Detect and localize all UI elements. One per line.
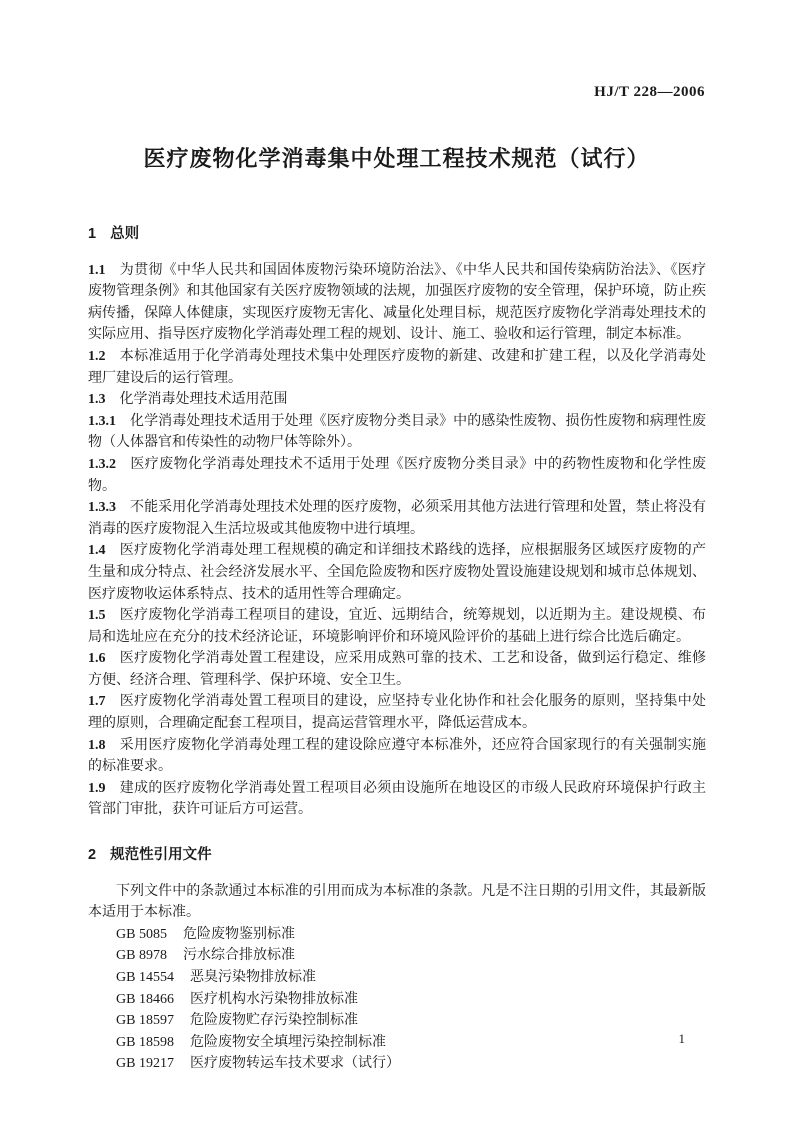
clause-number: 1.3.3: [88, 500, 116, 515]
reference-code: GB 5085: [116, 927, 167, 942]
reference-code: GB 19217: [116, 1056, 174, 1071]
section-heading: 1总则: [88, 224, 706, 246]
clause-1.2: 1.2本标准适用于化学消毒处理技术集中处理医疗废物的新建、改建和扩建工程，以及化…: [88, 346, 706, 389]
clause-text: 建成的医疗废物化学消毒处置工程项目必须由设施所在地设区的市级人民政府环境保护行政…: [88, 781, 706, 818]
clause-number: 1.9: [88, 781, 106, 796]
clause-number: 1.3: [88, 392, 106, 407]
clause-number: 1.1: [88, 263, 106, 278]
clause-text: 医疗废物化学消毒处置工程建设，应采用成熟可靠的技术、工艺和设备，做到运行稳定、维…: [88, 651, 706, 688]
reference-item: GB 18466医疗机构水污染物排放标准: [116, 989, 706, 1011]
reference-item: GB 18598危险废物安全填埋污染控制标准: [116, 1032, 706, 1054]
reference-title: 危险废物贮存污染控制标准: [190, 1013, 358, 1028]
reference-item: GB 8978污水综合排放标准: [116, 945, 706, 967]
section-title: 总则: [110, 226, 139, 242]
clause-text: 化学消毒处理技术适用范围: [120, 392, 288, 407]
page-number: 1: [679, 1031, 686, 1047]
clause-number: 1.7: [88, 694, 106, 709]
clause-1.1: 1.1为贯彻《中华人民共和国固体废物污染环境防治法》、《中华人民共和国传染病防治…: [88, 260, 706, 346]
clause-1.9: 1.9建成的医疗废物化学消毒处置工程项目必须由设施所在地设区的市级人民政府环境保…: [88, 778, 706, 821]
clause-text: 医疗废物化学消毒处理技术不适用于处理《医疗废物分类目录》中的药物性废物和化学性废…: [88, 457, 706, 494]
section-number: 2: [88, 847, 96, 863]
clause-1.3.3: 1.3.3不能采用化学消毒处理技术处理的医疗废物，必须采用其他方法进行管理和处置…: [88, 497, 706, 540]
clause-1.3: 1.3化学消毒处理技术适用范围: [88, 389, 706, 411]
reference-title: 污水综合排放标准: [183, 948, 295, 963]
clause-text: 医疗废物化学消毒工程项目的建设，宜近、远期结合，统筹规划，以近期为主。建设规模、…: [88, 608, 706, 645]
reference-title: 危险废物安全填埋污染控制标准: [190, 1035, 386, 1050]
clause-text: 医疗废物化学消毒处置工程项目的建设，应坚持专业化协作和社会化服务的原则，坚持集中…: [88, 694, 706, 731]
reference-item: GB 5085危险废物鉴别标准: [116, 924, 706, 946]
clause-number: 1.4: [88, 543, 106, 558]
clause-number: 1.2: [88, 349, 106, 364]
clause-text: 不能采用化学消毒处理技术处理的医疗废物，必须采用其他方法进行管理和处置，禁止将没…: [88, 500, 706, 537]
reference-title: 医疗机构水污染物排放标准: [190, 992, 358, 1007]
clause-text: 采用医疗废物化学消毒处理工程的建设除应遵守本标准外，还应符合国家现行的有关强制实…: [88, 738, 706, 775]
reference-code: GB 18597: [116, 1013, 174, 1028]
doc-code: HJ/T 228—2006: [594, 84, 705, 101]
clause-1.3.2: 1.3.2医疗废物化学消毒处理技术不适用于处理《医疗废物分类目录》中的药物性废物…: [88, 454, 706, 497]
reference-item: GB 18597危险废物贮存污染控制标准: [116, 1010, 706, 1032]
reference-title: 危险废物鉴别标准: [183, 927, 295, 942]
reference-code: GB 8978: [116, 948, 167, 963]
reference-title: 医疗废物转运车技术要求（试行）: [190, 1056, 400, 1071]
clause-number: 1.3.2: [88, 457, 116, 472]
document-body: 1总则1.1为贯彻《中华人民共和国固体废物污染环境防治法》、《中华人民共和国传染…: [88, 224, 706, 1075]
clause-text: 医疗废物化学消毒处理工程规模的确定和详细技术路线的选择，应根据服务区域医疗废物的…: [88, 543, 706, 601]
clause-number: 1.5: [88, 608, 106, 623]
reference-title: 恶臭污染物排放标准: [190, 970, 316, 985]
clause-1.8: 1.8采用医疗废物化学消毒处理工程的建设除应遵守本标准外，还应符合国家现行的有关…: [88, 735, 706, 778]
reference-code: GB 14554: [116, 970, 174, 985]
section-heading: 2规范性引用文件: [88, 845, 706, 867]
clause-number: 1.8: [88, 738, 106, 753]
doc-title: 医疗废物化学消毒集中处理工程技术规范（试行）: [0, 142, 793, 173]
reference-item: GB 19217医疗废物转运车技术要求（试行）: [116, 1053, 706, 1075]
section-number: 1: [88, 226, 96, 242]
clause-1.4: 1.4医疗废物化学消毒处理工程规模的确定和详细技术路线的选择，应根据服务区域医疗…: [88, 540, 706, 605]
clause-1.7: 1.7医疗废物化学消毒处置工程项目的建设，应坚持专业化协作和社会化服务的原则，坚…: [88, 691, 706, 734]
section-2: 2规范性引用文件下列文件中的条款通过本标准的引用而成为本标准的条款。凡是不注日期…: [88, 845, 706, 1075]
clause-1.5: 1.5医疗废物化学消毒工程项目的建设，宜近、远期结合，统筹规划，以近期为主。建设…: [88, 605, 706, 648]
clause-1.3.1: 1.3.1化学消毒处理技术适用于处理《医疗废物分类目录》中的感染性废物、损伤性废…: [88, 411, 706, 454]
reference-code: GB 18466: [116, 992, 174, 1007]
reference-code: GB 18598: [116, 1035, 174, 1050]
clause-number: 1.6: [88, 651, 106, 666]
document-page: HJ/T 228—2006 医疗废物化学消毒集中处理工程技术规范（试行） 1总则…: [0, 0, 793, 1122]
clause-text: 化学消毒处理技术适用于处理《医疗废物分类目录》中的感染性废物、损伤性废物和病理性…: [88, 414, 706, 451]
section-intro: 下列文件中的条款通过本标准的引用而成为本标准的条款。凡是不注日期的引用文件，其最…: [88, 881, 706, 924]
clause-text: 为贯彻《中华人民共和国固体废物污染环境防治法》、《中华人民共和国传染病防治法》、…: [88, 263, 706, 343]
section-title: 规范性引用文件: [110, 847, 212, 863]
clause-text: 本标准适用于化学消毒处理技术集中处理医疗废物的新建、改建和扩建工程，以及化学消毒…: [88, 349, 706, 386]
clause-number: 1.3.1: [88, 414, 116, 429]
reference-item: GB 14554恶臭污染物排放标准: [116, 967, 706, 989]
sections-container: 1总则1.1为贯彻《中华人民共和国固体废物污染环境防治法》、《中华人民共和国传染…: [88, 224, 706, 1075]
clause-1.6: 1.6医疗废物化学消毒处置工程建设，应采用成熟可靠的技术、工艺和设备，做到运行稳…: [88, 648, 706, 691]
section-1: 1总则1.1为贯彻《中华人民共和国固体废物污染环境防治法》、《中华人民共和国传染…: [88, 224, 706, 821]
